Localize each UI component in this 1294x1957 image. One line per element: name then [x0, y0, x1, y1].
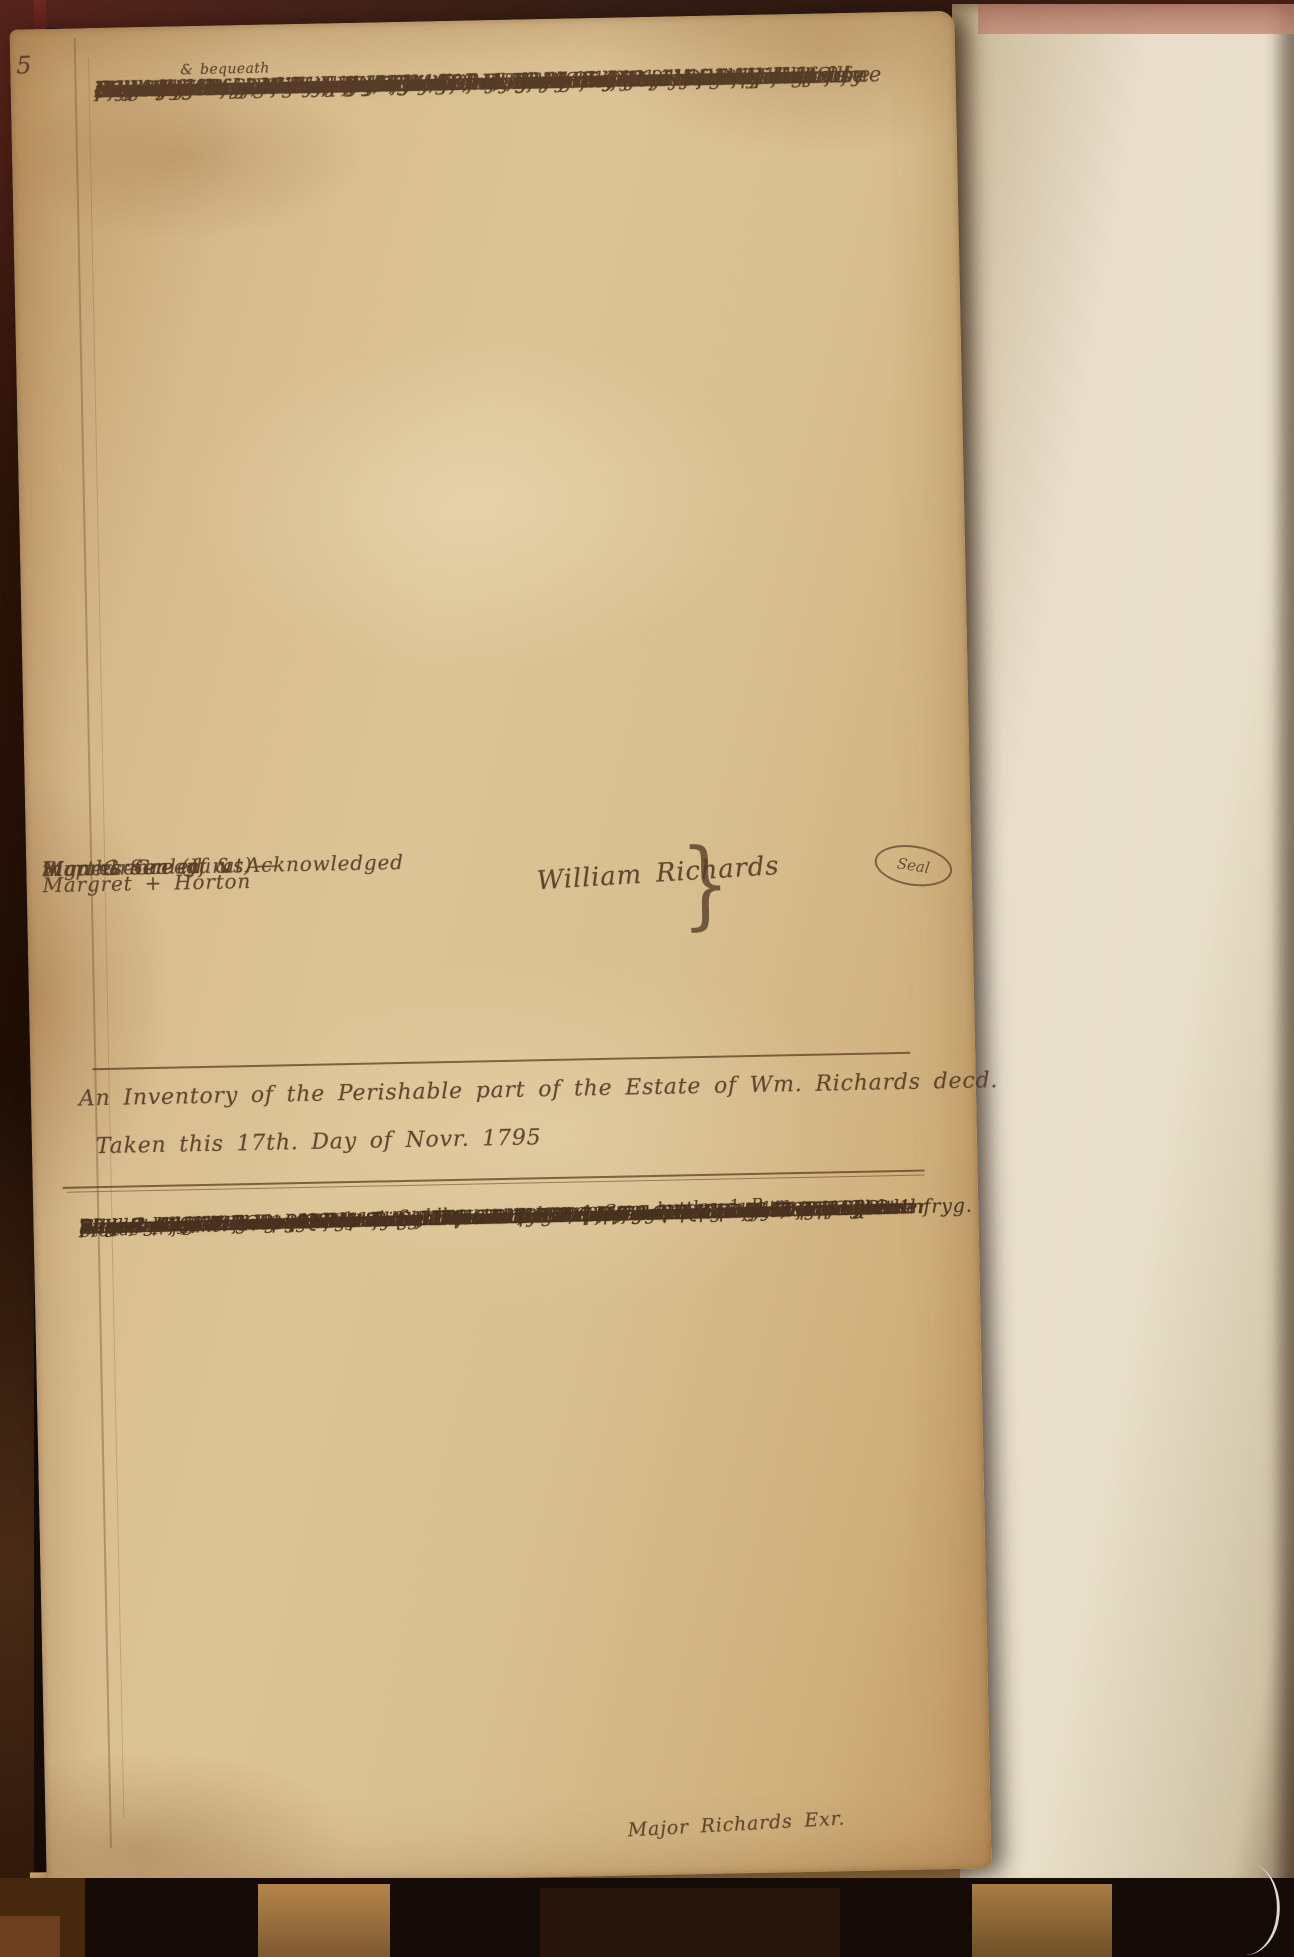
book-stand-post [258, 1884, 390, 1957]
page-number: 5 [16, 51, 33, 79]
photograph-of-manuscript: 5 Item I give and bequeath unto my Son B… [0, 0, 1294, 1957]
attestation-block: Signed Sealed & Acknowledged in presence… [42, 846, 602, 857]
facing-page-top-tint [978, 4, 1294, 34]
facing-page-edge [952, 4, 1294, 1896]
inventory-title: An Inventory of the Perishable part of t… [79, 1068, 999, 1111]
manuscript-page: 5 Item I give and bequeath unto my Son B… [9, 11, 991, 1888]
background-floor [0, 1878, 1294, 1957]
inventory-date-line: Taken this 17th. Day of Novr. 1795 [96, 1125, 542, 1159]
will-text: Item I give and bequeath unto my Son Ben… [94, 61, 954, 78]
floor-shadow [540, 1888, 840, 1957]
section-divider-line [63, 1170, 925, 1189]
book-stand-post [972, 1884, 1112, 1957]
inventory-text: Three head Horses 12 ditto Cattle 6 do S… [79, 1195, 965, 1217]
witness-name: Wm. Green (Jurat) [42, 853, 253, 902]
executor-signature: Major Richards Exr. [627, 1807, 846, 1841]
wood-highlight [0, 1916, 60, 1957]
section-divider-line [92, 1052, 910, 1070]
